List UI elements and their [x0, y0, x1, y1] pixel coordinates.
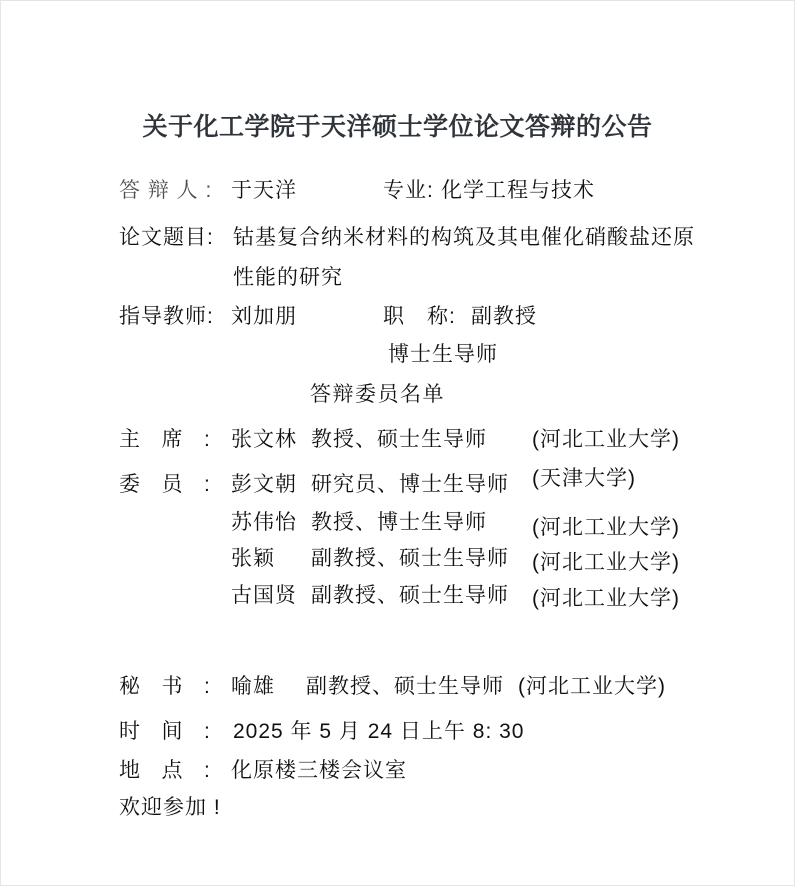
advisor-rank-label: 职 称:	[383, 303, 456, 331]
defender-label: 答 辩 人 :	[119, 177, 212, 205]
secretary-label: 秘 书 :	[119, 673, 211, 701]
thesis-label: 论文题目:	[119, 224, 214, 252]
thesis-title-line2: 性能的研究	[233, 264, 343, 292]
venue-value: 化原楼三楼会议室	[231, 757, 407, 785]
committee-heading: 答辩委员名单	[0, 381, 794, 409]
member-title: 副教授、硕士生导师	[311, 545, 509, 573]
member-title: 研究员、博士生导师	[311, 471, 509, 499]
member-name: 彭文朝	[231, 471, 297, 499]
member-university: (河北工业大学)	[532, 549, 680, 577]
secretary-university: (河北工业大学)	[518, 673, 666, 701]
major-value: 化学工程与技术	[441, 177, 595, 205]
time-value: 2025 年 5 月 24 日上午 8: 30	[233, 718, 524, 746]
time-label: 时 间 :	[119, 718, 211, 746]
announcement-page: 关于化工学院于天洋硕士学位论文答辩的公告 答 辩 人 : 于天洋 专业: 化学工…	[0, 0, 795, 886]
thesis-title-line1: 钴基复合纳米材料的构筑及其电催化硝酸盐还原	[233, 224, 695, 252]
member-university: (天津大学)	[532, 465, 636, 493]
member-name: 古国贤	[231, 582, 297, 610]
advisor-rank-value2: 博士生导师	[388, 341, 498, 369]
chair-name: 张文林	[231, 426, 297, 454]
member-name: 张颖	[231, 545, 275, 573]
defender-name: 于天洋	[231, 177, 297, 205]
advisor-label: 指导教师:	[119, 303, 214, 331]
advisor-name: 刘加朋	[231, 303, 297, 331]
major-label: 专业:	[383, 177, 434, 205]
member-name: 苏伟怡	[231, 509, 297, 537]
secretary-title: 副教授、硕士生导师	[306, 673, 504, 701]
member-role-label: 委 员 :	[119, 471, 211, 499]
advisor-rank-value: 副教授	[471, 303, 537, 331]
member-title: 副教授、硕士生导师	[311, 582, 509, 610]
member-university: (河北工业大学)	[532, 585, 680, 613]
member-university: (河北工业大学)	[532, 514, 680, 542]
chair-university: (河北工业大学)	[532, 426, 680, 454]
secretary-name: 喻雄	[231, 673, 275, 701]
venue-label: 地 点 :	[119, 757, 211, 785]
page-title: 关于化工学院于天洋硕士学位论文答辩的公告	[1, 111, 794, 143]
welcome-text: 欢迎参加 !	[119, 794, 221, 822]
member-title: 教授、博士生导师	[311, 509, 487, 537]
chair-title: 教授、硕士生导师	[311, 426, 487, 454]
chair-role-label: 主 席 :	[119, 426, 211, 454]
